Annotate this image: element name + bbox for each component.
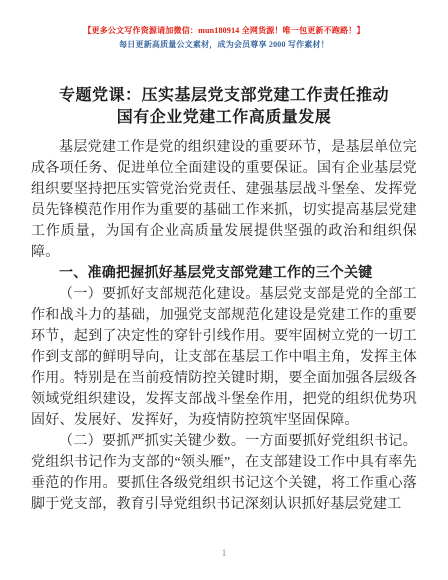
section-heading-1: 一、准确把握抓好基层党支部党建工作的三个关键 bbox=[31, 263, 417, 284]
document-title: 专题党课：压实基层党支部党建工作责任推动 国有企业党建工作高质量发展 bbox=[0, 85, 448, 129]
promo-header: 【更多公文写作资源请加微信：mun180914 全网货源！唯一包更新不跑路！】 … bbox=[0, 0, 448, 51]
document-title-line-2: 国有企业党建工作高质量发展 bbox=[0, 107, 448, 129]
document-body: 基层党建工作是党的组织建设的重要环节，是基层单位完成各项任务、促进单位全面建设的… bbox=[31, 137, 417, 515]
body-paragraph-1: 基层党建工作是党的组织建设的重要环节，是基层单位完成各项任务、促进单位全面建设的… bbox=[31, 137, 417, 263]
body-paragraph-2: （一）要抓好支部规范化建设。基层党支部是党的全部工作和战斗力的基础，加强党支部规… bbox=[31, 284, 417, 431]
promo-line-blue: 每日更新高质量公文素材，成为会员尊享 2000 写作素材！ bbox=[0, 39, 448, 51]
document-page: 【更多公文写作资源请加微信：mun180914 全网货源！唯一包更新不跑路！】 … bbox=[0, 0, 448, 580]
promo-line-red: 【更多公文写作资源请加微信：mun180914 全网货源！唯一包更新不跑路！】 bbox=[0, 25, 448, 37]
document-title-line-1: 专题党课：压实基层党支部党建工作责任推动 bbox=[0, 85, 448, 107]
page-number: 1 bbox=[0, 548, 448, 558]
body-paragraph-3: （二）要抓严抓实关键少数。一方面要抓好党组织书记。党组织书记作为支部的“领头雁”… bbox=[31, 431, 417, 515]
